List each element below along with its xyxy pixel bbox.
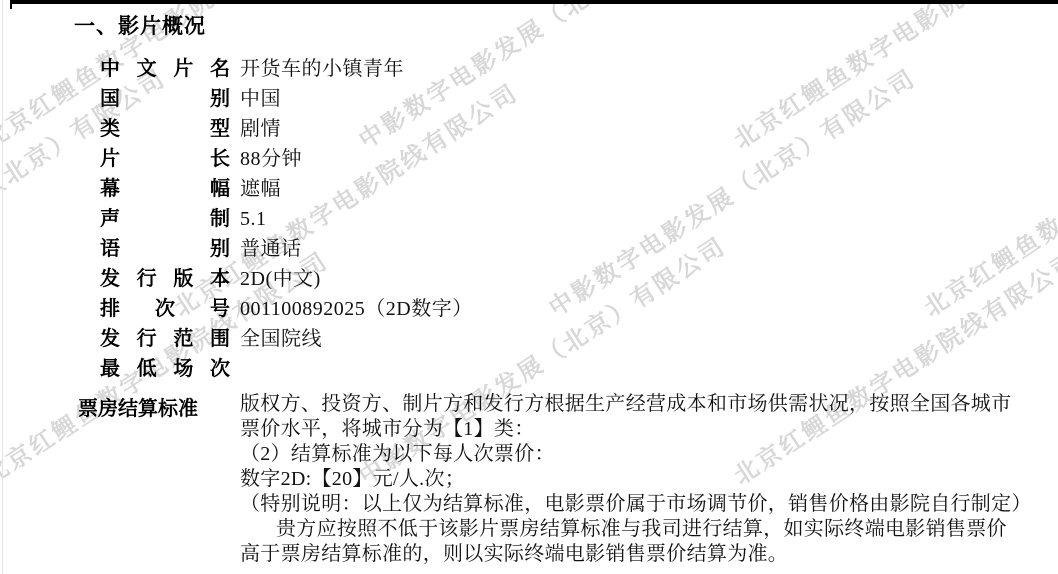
field-row-minimum-screenings: 最低场次 [0, 354, 1058, 384]
settlement-line: 贵方应按照不低于该影片票房结算标准与我司进行结算，如实际终端电影销售票价 [240, 517, 1052, 542]
document-page: 中影数字电影发展（北京）有限公司北京红鲤鱼数字电影院线有限公司中影数字电影发展（… [0, 0, 1058, 574]
field-row-language: 语别普通话 [0, 234, 1058, 264]
field-value: 全国院线 [240, 324, 322, 354]
settlement-line: 票价水平，将城市分为【1】类： [240, 417, 1052, 442]
field-label: 排次号 [100, 294, 230, 324]
settlement-line: 数字2D:【20】元/人.次； [240, 467, 1052, 492]
section-heading: 一、影片概况 [74, 10, 206, 40]
top-border [10, 0, 1058, 4]
field-row-sound: 声制5.1 [0, 204, 1058, 234]
film-info-fields: 中文片名开货车的小镇青年 国别中国 类型剧情 片长88分钟 幕幅遮幅 声制5.1… [0, 54, 1058, 384]
settlement-line: 版权方、投资方、制片方和发行方根据生产经营成本和市场供需状况，按照全国各城市 [240, 392, 1052, 417]
left-border-stub [10, 0, 12, 9]
field-label: 片长 [100, 144, 230, 174]
field-label: 发行范围 [100, 324, 230, 354]
settlement-line: （2）结算标准为以下每人次票价： [240, 442, 1052, 467]
settlement-line: （特别说明：以上仅为结算标准，电影票价属于市场调节价，销售价格由影院自行制定） [240, 492, 1052, 517]
field-label: 发行版本 [100, 264, 230, 294]
field-row-country: 国别中国 [0, 84, 1058, 114]
field-value: 88分钟 [240, 144, 302, 174]
field-row-distribution-scope: 发行范围全国院线 [0, 324, 1058, 354]
field-row-aspect: 幕幅遮幅 [0, 174, 1058, 204]
field-label: 幕幅 [100, 174, 230, 204]
field-label: 类型 [100, 114, 230, 144]
field-label: 语别 [100, 234, 230, 264]
settlement-paragraph: 版权方、投资方、制片方和发行方根据生产经营成本和市场供需状况，按照全国各城市 票… [240, 392, 1052, 567]
field-row-chinese-title: 中文片名开货车的小镇青年 [0, 54, 1058, 84]
field-value: 普通话 [240, 234, 302, 264]
field-value: 2D(中文) [240, 264, 321, 294]
field-label: 最低场次 [100, 354, 230, 384]
settlement-label: 票房结算标准 [78, 392, 198, 421]
field-row-release-version: 发行版本2D(中文) [0, 264, 1058, 294]
field-value: 001100892025（2D数字） [240, 294, 473, 324]
field-value: 剧情 [240, 114, 281, 144]
settlement-section: 票房结算标准 版权方、投资方、制片方和发行方根据生产经营成本和市场供需状况，按照… [0, 392, 1052, 567]
field-label: 声制 [100, 204, 230, 234]
field-row-runtime: 片长88分钟 [0, 144, 1058, 174]
field-value: 中国 [240, 84, 281, 114]
field-value: 遮幅 [240, 174, 281, 204]
field-value: 开货车的小镇青年 [240, 54, 404, 84]
field-row-genre: 类型剧情 [0, 114, 1058, 144]
field-label: 国别 [100, 84, 230, 114]
settlement-line: 高于票房结算标准的，则以实际终端电影销售票价结算为准。 [240, 542, 1052, 567]
field-label: 中文片名 [100, 54, 230, 84]
field-row-serial-number: 排次号001100892025（2D数字） [0, 294, 1058, 324]
field-value: 5.1 [240, 204, 267, 234]
